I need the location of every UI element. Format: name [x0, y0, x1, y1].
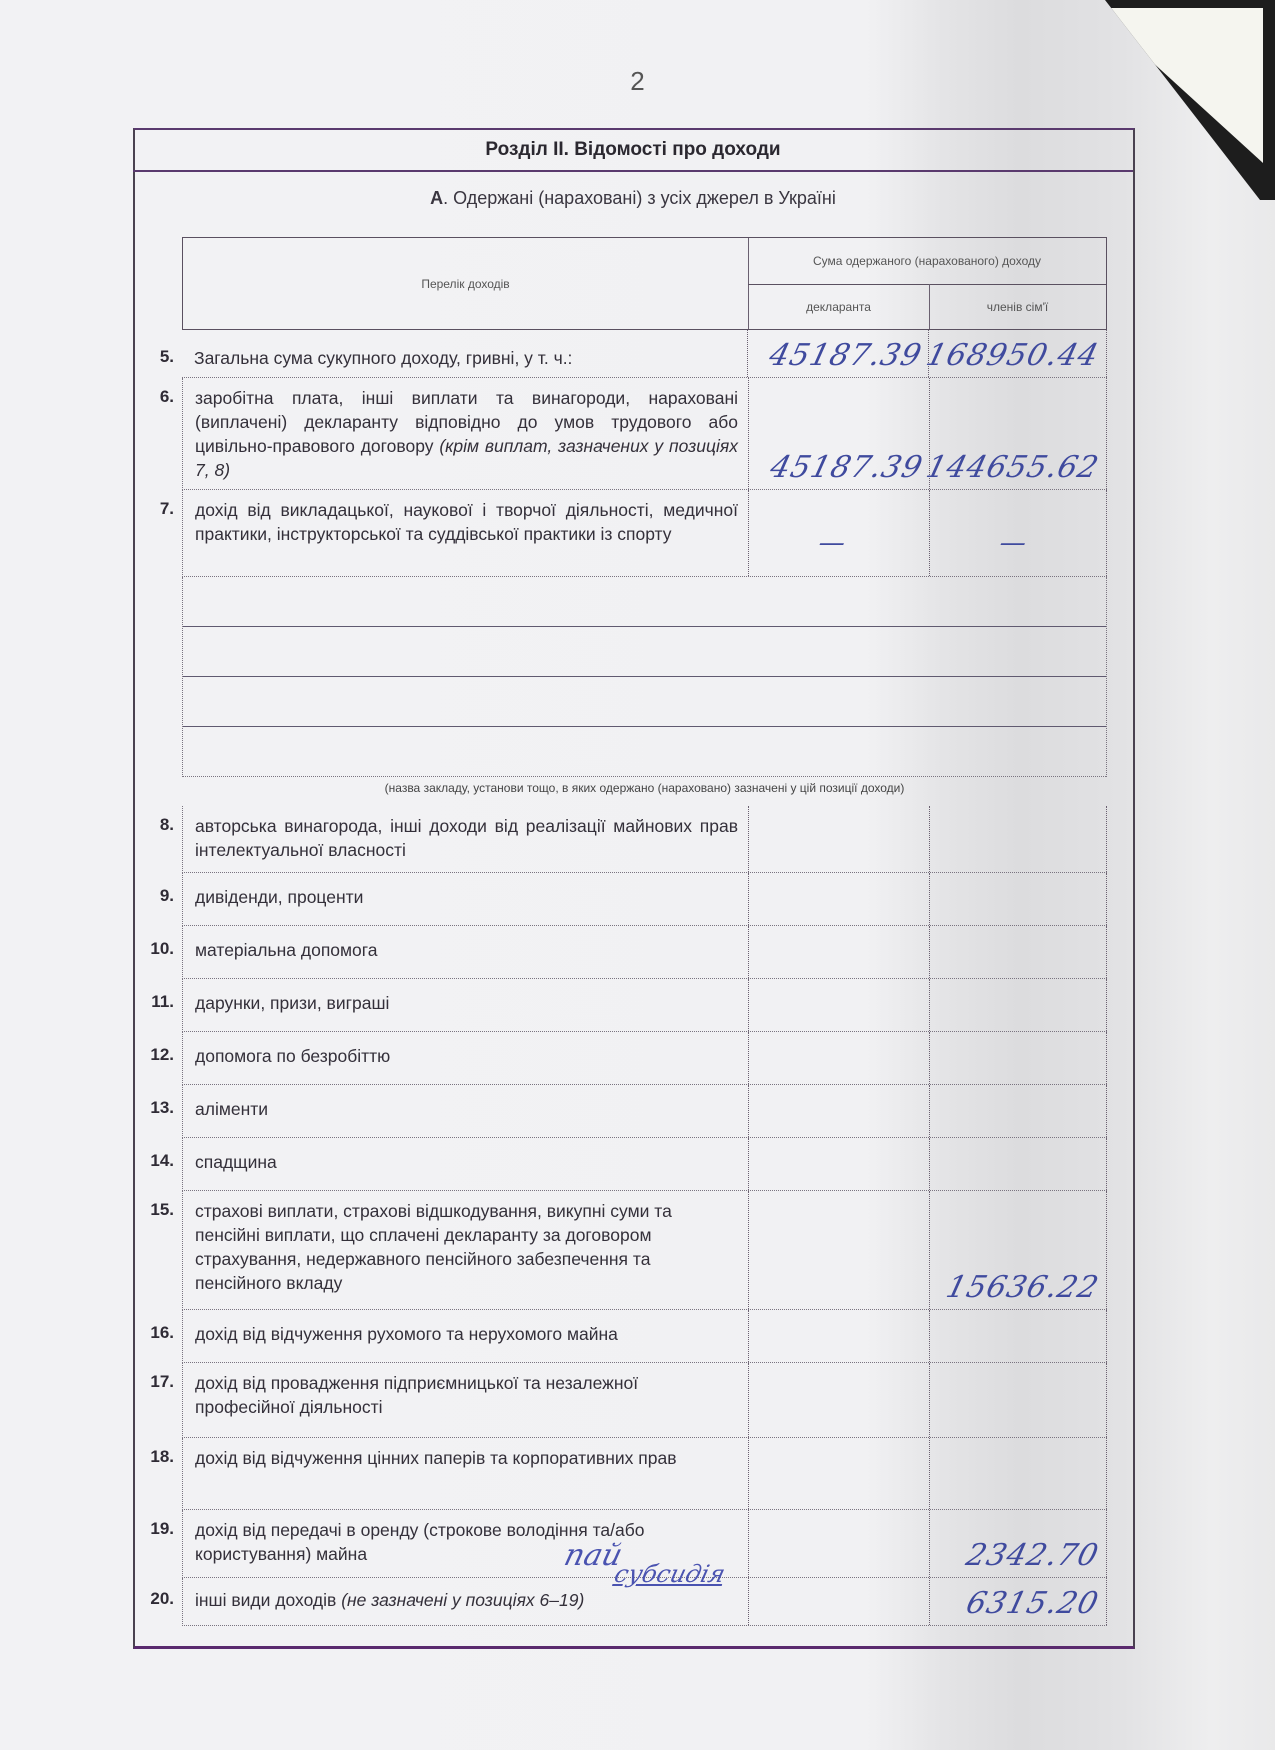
description-text: авторська винагорода, інші доходи від ре…	[195, 816, 738, 860]
table-row: 16.дохід від відчуження рухомого та неру…	[140, 1310, 1107, 1363]
declarant-amount-cell[interactable]	[748, 1438, 930, 1509]
table-header: Перелік доходів Сума одержаного (нарахов…	[182, 237, 1107, 330]
description-text: аліменти	[195, 1099, 268, 1119]
income-description: Загальна сума сукупного доходу, гривні, …	[182, 330, 747, 377]
page-number: 2	[0, 66, 1275, 97]
description-text: матеріальна допомога	[195, 940, 378, 960]
row-number: 8.	[140, 815, 174, 835]
handwritten-family-amount: 168950.44	[922, 338, 1102, 373]
income-description: спадщина	[183, 1138, 748, 1190]
declarant-amount-cell[interactable]	[748, 979, 930, 1031]
institution-line[interactable]	[183, 677, 1106, 727]
family-amount-cell[interactable]	[929, 1438, 1107, 1509]
handwritten-family-amount: 2342.70	[963, 1538, 1103, 1573]
description-note: (не зазначені у позиціях 6–19)	[341, 1590, 584, 1610]
row-number: 16.	[140, 1323, 174, 1343]
table-row: 5.Загальна сума сукупного доходу, гривні…	[140, 330, 1107, 378]
institution-line[interactable]	[183, 577, 1106, 627]
institution-lines	[182, 577, 1107, 777]
row-number: 13.	[140, 1098, 174, 1118]
declarant-amount-cell[interactable]	[748, 873, 930, 925]
family-amount-cell[interactable]	[929, 1310, 1107, 1362]
handwritten-declarant-amount: —	[815, 528, 849, 558]
row-number: 7.	[140, 499, 174, 519]
income-description: дохід від провадження підприємницької та…	[183, 1363, 748, 1437]
description-text: дохід від провадження підприємницької та…	[195, 1373, 638, 1417]
family-amount-cell[interactable]: 2342.70	[929, 1510, 1107, 1577]
declarant-amount-cell[interactable]	[748, 1363, 930, 1437]
family-amount-cell[interactable]	[929, 926, 1107, 978]
income-description: дарунки, призи, виграші	[183, 979, 748, 1031]
row-cells: авторська винагорода, інші доходи від ре…	[182, 806, 1107, 873]
row-number: 9.	[140, 886, 174, 906]
income-description: аліменти	[183, 1085, 748, 1137]
description-text: Загальна сума сукупного доходу, гривні, …	[194, 348, 572, 368]
income-description: дохід від викладацької, наукової і творч…	[183, 490, 748, 576]
row-cells: спадщина	[182, 1138, 1107, 1191]
table-row: 6.заробітна плата, інші виплати та винаг…	[140, 378, 1107, 490]
description-text: дохід від відчуження цінних паперів та к…	[195, 1448, 677, 1468]
institution-line[interactable]	[183, 627, 1106, 677]
row-number: 17.	[140, 1372, 174, 1392]
handwritten-family-amount: —	[996, 528, 1030, 558]
family-amount-cell[interactable]: 168950.44	[928, 330, 1107, 377]
row-number: 14.	[140, 1151, 174, 1171]
family-amount-cell[interactable]: 15636.22	[929, 1191, 1107, 1309]
row-number: 12.	[140, 1045, 174, 1065]
subsection-text: . Одержані (нараховані) з усіх джерел в …	[443, 188, 836, 208]
declarant-amount-cell[interactable]	[748, 1310, 930, 1362]
row-number: 10.	[140, 939, 174, 959]
row-cells: дивіденди, проценти	[182, 873, 1107, 926]
institution-line[interactable]	[183, 727, 1106, 777]
handwritten-family-amount: 6315.20	[963, 1586, 1103, 1621]
description-text: дарунки, призи, виграші	[195, 993, 389, 1013]
row-cells: дохід від провадження підприємницької та…	[182, 1363, 1107, 1438]
description-text: допомога по безробіттю	[195, 1046, 390, 1066]
row-number: 15.	[140, 1200, 174, 1220]
table-row: 13.аліменти	[140, 1085, 1107, 1138]
declarant-amount-cell[interactable]	[748, 1138, 930, 1190]
handwritten-declarant-amount: 45187.39	[766, 450, 926, 485]
income-description: допомога по безробіттю	[183, 1032, 748, 1084]
income-description: авторська винагорода, інші доходи від ре…	[183, 806, 748, 872]
description-text: спадщина	[195, 1152, 277, 1172]
family-amount-cell[interactable]	[929, 873, 1107, 925]
family-amount-cell[interactable]	[929, 979, 1107, 1031]
table-row: 9.дивіденди, проценти	[140, 873, 1107, 926]
row-number: 20.	[140, 1589, 174, 1609]
table-row: 7.дохід від викладацької, наукової і тво…	[140, 490, 1107, 577]
handwritten-family-amount: 15636.22	[942, 1270, 1102, 1305]
row-number: 18.	[140, 1447, 174, 1467]
table-row: 12.допомога по безробіттю	[140, 1032, 1107, 1085]
income-description: страхові виплати, страхові відшкодування…	[183, 1191, 748, 1309]
family-amount-cell[interactable]	[929, 806, 1107, 872]
declarant-amount-cell[interactable]	[748, 926, 930, 978]
family-amount-cell[interactable]	[929, 1363, 1107, 1437]
family-amount-cell[interactable]: 6315.20	[929, 1578, 1107, 1625]
row-cells: заробітна плата, інші виплати та винагор…	[182, 378, 1107, 490]
declarant-amount-cell[interactable]: —	[748, 490, 930, 576]
table-row: 17.дохід від провадження підприємницької…	[140, 1363, 1107, 1438]
row-cells: дохід від відчуження цінних паперів та к…	[182, 1438, 1107, 1510]
table-row: 18.дохід від відчуження цінних паперів т…	[140, 1438, 1107, 1510]
description-text: дохід від відчуження рухомого та нерухом…	[195, 1324, 618, 1344]
header-declarant: декларанта	[748, 284, 930, 329]
family-amount-cell[interactable]	[929, 1032, 1107, 1084]
declarant-amount-cell[interactable]	[748, 1032, 930, 1084]
income-description: дохід від відчуження цінних паперів та к…	[183, 1438, 748, 1509]
declarant-amount-cell[interactable]	[748, 1191, 930, 1309]
row-cells: дохід від викладацької, наукової і творч…	[182, 490, 1107, 577]
declarant-amount-cell[interactable]	[748, 1578, 930, 1625]
row-cells: дарунки, призи, виграші	[182, 979, 1107, 1032]
table-row: 8.авторська винагорода, інші доходи від …	[140, 806, 1107, 873]
description-text: інші види доходів	[195, 1590, 336, 1610]
description-text: страхові виплати, страхові відшкодування…	[195, 1201, 672, 1293]
institution-caption: (назва закладу, установи тощо, в яких од…	[182, 781, 1107, 795]
declarant-amount-cell[interactable]	[748, 1510, 930, 1577]
row-cells: Загальна сума сукупного доходу, гривні, …	[182, 330, 1107, 378]
declarant-amount-cell[interactable]: 45187.39	[747, 330, 929, 377]
description-text: дохід від викладацької, наукової і творч…	[195, 500, 738, 544]
row-cells: аліменти	[182, 1085, 1107, 1138]
row-number: 5.	[140, 347, 174, 367]
handwritten-family-amount: 144655.62	[922, 450, 1102, 485]
income-description: дивіденди, проценти	[183, 873, 748, 925]
declarant-amount-cell[interactable]	[748, 1085, 930, 1137]
table-row: 15.страхові виплати, страхові відшкодува…	[140, 1191, 1107, 1310]
income-description: дохід від відчуження рухомого та нерухом…	[183, 1310, 748, 1362]
row-number: 6.	[140, 387, 174, 407]
table-row: 11.дарунки, призи, виграші	[140, 979, 1107, 1032]
subsection-title: А. Одержані (нараховані) з усіх джерел в…	[133, 188, 1133, 209]
header-income-list: Перелік доходів	[183, 238, 749, 329]
row-number: 11.	[140, 992, 174, 1012]
section-title: Розділ ІІ. Відомості про доходи	[133, 130, 1133, 172]
family-amount-cell[interactable]: 144655.62	[929, 378, 1107, 489]
declarant-amount-cell[interactable]: 45187.39	[748, 378, 930, 489]
row-cells: страхові виплати, страхові відшкодування…	[182, 1191, 1107, 1310]
handwritten-note: субсидія	[612, 1560, 729, 1588]
header-family: членів сім'ї	[929, 284, 1106, 329]
handwritten-declarant-amount: 45187.39	[765, 338, 925, 373]
table-row: 20.інші види доходів (не зазначені у поз…	[140, 1578, 1107, 1626]
income-description: заробітна плата, інші виплати та винагор…	[183, 378, 748, 489]
income-description: матеріальна допомога	[183, 926, 748, 978]
row-cells: дохід від відчуження рухомого та нерухом…	[182, 1310, 1107, 1363]
table-row: 10.матеріальна допомога	[140, 926, 1107, 979]
row-cells: матеріальна допомога	[182, 926, 1107, 979]
family-amount-cell[interactable]	[929, 1138, 1107, 1190]
row-number: 19.	[140, 1519, 174, 1539]
subsection-letter: А	[430, 188, 443, 208]
description-text: дивіденди, проценти	[195, 887, 363, 907]
header-income-sum: Сума одержаного (нарахованого) доходу	[748, 238, 1106, 285]
family-amount-cell[interactable]	[929, 1085, 1107, 1137]
family-amount-cell[interactable]: —	[929, 490, 1107, 576]
row-cells: допомога по безробіттю	[182, 1032, 1107, 1085]
table-row: 14.спадщина	[140, 1138, 1107, 1191]
declarant-amount-cell[interactable]	[748, 806, 930, 872]
